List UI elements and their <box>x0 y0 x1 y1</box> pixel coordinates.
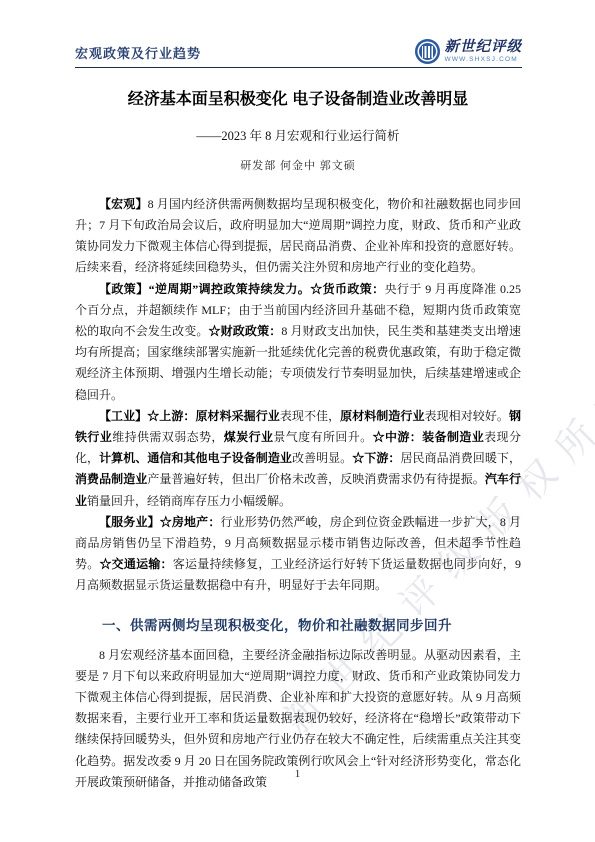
document-body: 经济基本面呈积极变化 电子设备制造业改善明显 ——2023 年 8 月宏观和行业… <box>75 80 521 793</box>
logo-seal-icon <box>415 39 440 64</box>
document-authors: 研发部 何金中 郭文硕 <box>75 157 521 173</box>
brand-url: WWW.SHXSJ.COM <box>445 57 518 64</box>
header-divider <box>75 67 522 68</box>
document-page: 新世纪评级版权所有 宏观政策及行业趋势 新世纪评级 WWW.SHXSJ.COM … <box>0 0 595 842</box>
page-number: 1 <box>295 768 301 780</box>
summary-paragraph-industry: 【工业】☆上游：原材料采掘行业表现不佳，原材料制造行业表现相对较好。钢铁行业维持… <box>75 406 521 512</box>
document-subtitle: ——2023 年 8 月宏观和行业运行简析 <box>75 126 521 144</box>
summary-paragraph-macro: 【宏观】8 月国内经济供需两侧数据均呈现积极变化，物价和社融数据也同步回升；7 … <box>75 194 521 279</box>
header-title: 宏观政策及行业趋势 <box>75 43 201 66</box>
page-footer: 1 <box>0 768 595 780</box>
section-heading-1: 一、供需两侧均呈现积极变化，物价和社融数据同步回升 <box>75 614 521 634</box>
summary-paragraph-policy: 【政策】“逆周期”调控政策持续发力。☆货币政策：央行于 9 月再度降准 0.25… <box>75 279 521 406</box>
summary-paragraph-services: 【服务业】☆房地产：行业形势仍然严峻，房企到位资金跌幅进一步扩大，8 月商品房销… <box>75 512 521 597</box>
summary-section: 【宏观】8 月国内经济供需两侧数据均呈现积极变化，物价和社融数据也同步回升；7 … <box>75 194 521 597</box>
company-logo: 新世纪评级 WWW.SHXSJ.COM <box>415 39 523 66</box>
document-title: 经济基本面呈积极变化 电子设备制造业改善明显 <box>75 90 521 111</box>
brand-name: 新世纪评级 <box>445 40 523 55</box>
page-header: 宏观政策及行业趋势 新世纪评级 WWW.SHXSJ.COM <box>75 30 522 66</box>
